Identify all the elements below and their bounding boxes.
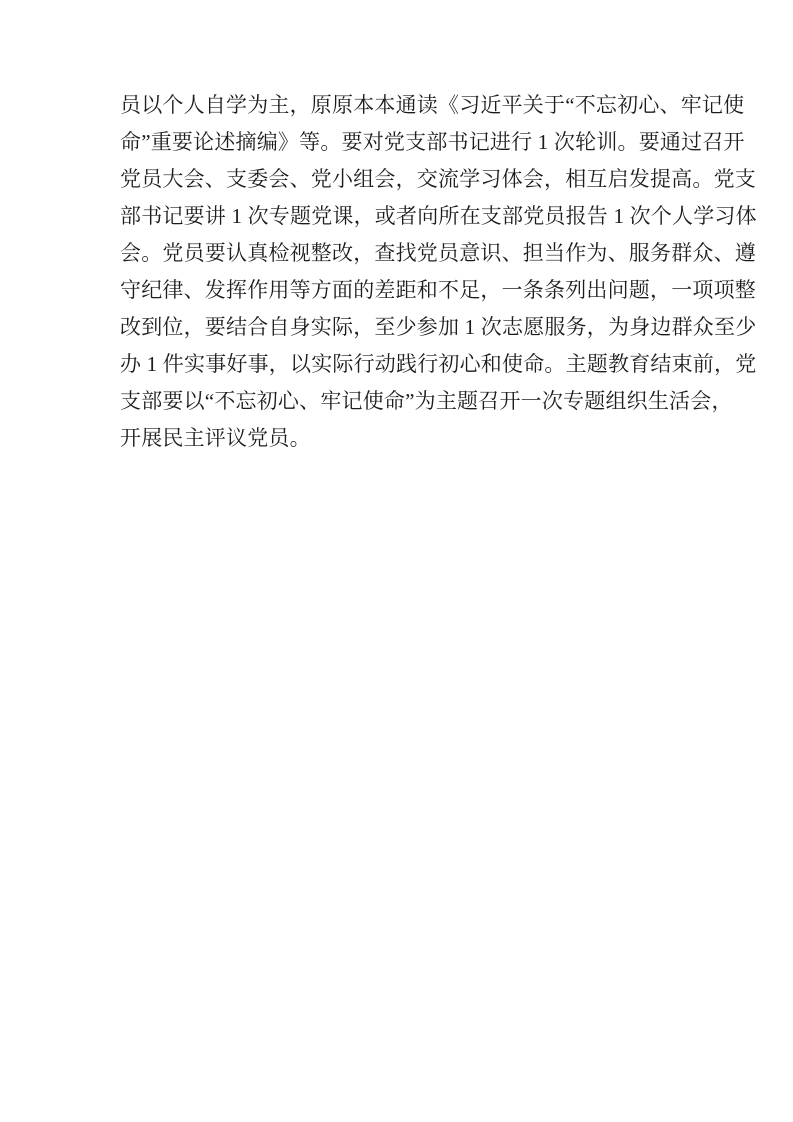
text-line: 守纪律、发挥作用等方面的差距和不足，一条条列出问题，一项项整 [120, 272, 674, 309]
text-line: 命”重要论述摘编》等。要对党支部书记进行 1 次轮训。要通过召开 [120, 124, 674, 161]
text-line: 会。党员要认真检视整改，查找党员意识、担当作为、服务群众、遵 [120, 235, 674, 272]
text-line: 党员大会、支委会、党小组会，交流学习体会，相互启发提高。党支 [120, 161, 674, 198]
document-page: 员以个人自学为主，原原本本通读《习近平关于“不忘初心、牢记使 命”重要论述摘编》… [0, 0, 793, 1122]
paragraph-block: 员以个人自学为主，原原本本通读《习近平关于“不忘初心、牢记使 命”重要论述摘编》… [120, 87, 674, 457]
text-line: 部书记要讲 1 次专题党课，或者向所在支部党员报告 1 次个人学习体 [120, 198, 674, 235]
text-line-last: 开展民主评议党员。 [120, 420, 674, 457]
text-line: 改到位，要结合自身实际，至少参加 1 次志愿服务，为身边群众至少 [120, 309, 674, 346]
text-line: 支部要以“不忘初心、牢记使命”为主题召开一次专题组织生活会， [120, 383, 674, 420]
text-line: 办 1 件实事好事，以实际行动践行初心和使命。主题教育结束前，党 [120, 346, 674, 383]
text-line: 员以个人自学为主，原原本本通读《习近平关于“不忘初心、牢记使 [120, 87, 674, 124]
